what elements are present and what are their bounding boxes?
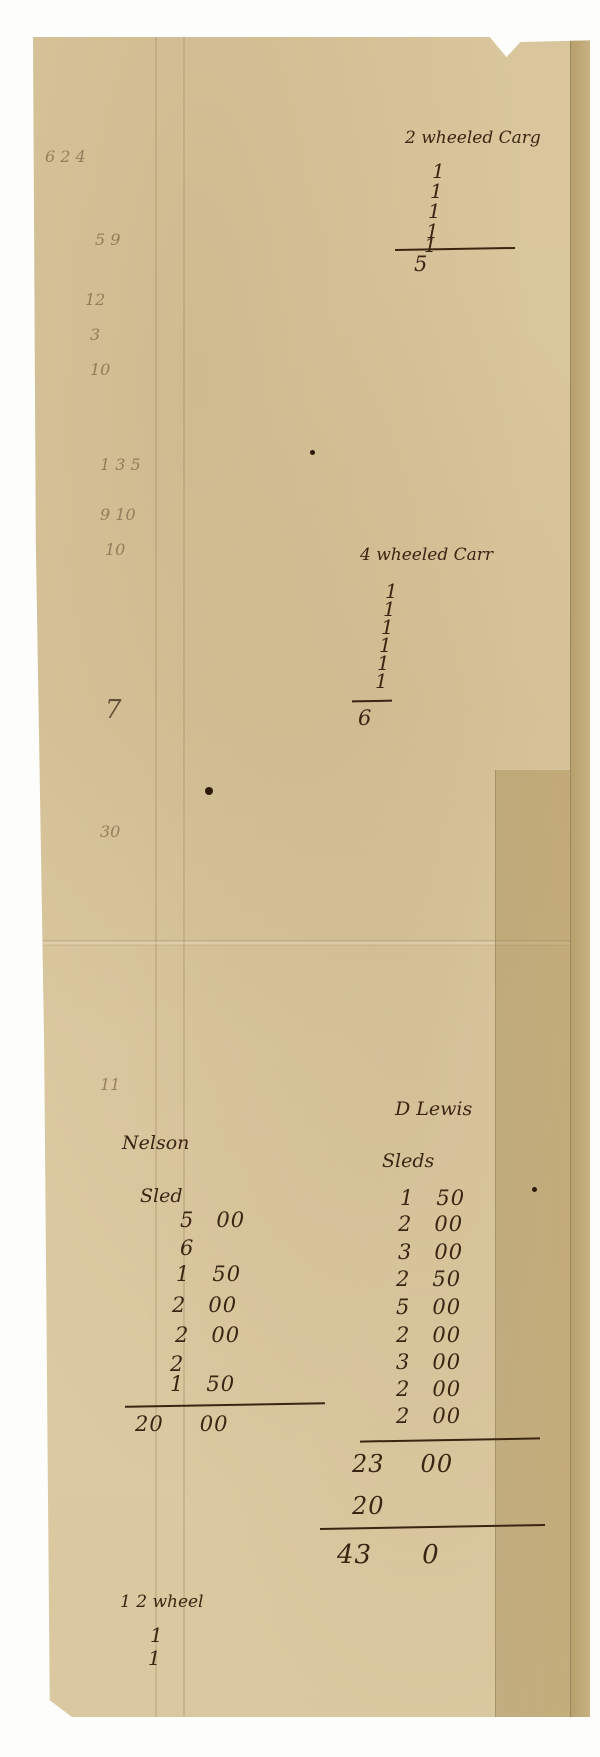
ink-blot <box>205 787 213 795</box>
lewis-entry: 200 <box>396 1377 461 1401</box>
vertical-crease <box>183 37 185 1717</box>
bleed-through-text: 9 10 <box>100 505 136 524</box>
nelson-entry: 500 <box>180 1208 245 1232</box>
lewis-entry: 200 <box>396 1323 461 1347</box>
bleed-through-text: 12 <box>85 290 105 309</box>
bleed-through-text: 30 <box>100 822 120 841</box>
lewis-entry: 300 <box>396 1350 461 1374</box>
ink-blot <box>310 450 315 455</box>
lewis-category: Sleds <box>382 1150 434 1172</box>
tally-mark: 1 <box>148 1645 161 1671</box>
ledger-page <box>33 37 590 1717</box>
lewis-carried: 20 <box>352 1492 407 1520</box>
bleed-through-text: 6 2 4 <box>45 147 86 166</box>
bleed-through-text: 1 3 5 <box>100 455 141 474</box>
nelson-total: 2000 <box>135 1412 228 1436</box>
bleed-through-text: 10 <box>90 360 110 379</box>
repair-tape <box>495 770 571 1717</box>
nelson-entry: 200 <box>175 1323 240 1347</box>
nelson-entry: 6 <box>180 1236 216 1260</box>
nelson-entry: 200 <box>172 1293 237 1317</box>
nelson-entry: 150 <box>176 1262 241 1286</box>
tally-mark: 1 <box>375 668 388 694</box>
four-wheeled-heading: 4 wheeled Carr <box>360 545 493 565</box>
nelson-category: Sled <box>140 1185 183 1207</box>
nelson-name: Nelson <box>122 1132 189 1154</box>
adjoining-page-edge <box>570 37 591 1717</box>
ink-blot <box>532 1187 537 1192</box>
bleed-through-text: 10 <box>105 540 125 559</box>
lewis-subtotal: 2300 <box>352 1450 453 1478</box>
lewis-entry: 300 <box>398 1240 463 1264</box>
lewis-entry: 250 <box>396 1267 461 1291</box>
two-wheeled-total: 5 <box>414 252 428 276</box>
lewis-entry: 200 <box>398 1212 463 1236</box>
footer-tally-heading: 1 2 wheel <box>120 1592 204 1612</box>
lewis-entry: 500 <box>396 1295 461 1319</box>
lewis-entry: 150 <box>400 1186 465 1210</box>
bleed-through-text: 11 <box>100 1075 120 1094</box>
lewis-name: D Lewis <box>395 1098 472 1120</box>
four-wheeled-total: 6 <box>358 706 372 730</box>
lewis-total: 430 <box>337 1540 440 1570</box>
bleed-through-text: 7 <box>105 695 122 725</box>
two-wheeled-heading: 2 wheeled Carg <box>405 128 541 148</box>
vertical-crease <box>155 37 157 1717</box>
lewis-entry: 200 <box>396 1404 461 1428</box>
nelson-entry: 150 <box>170 1372 235 1396</box>
bleed-through-text: 3 <box>90 325 100 344</box>
bleed-through-text: 5 9 <box>95 230 120 249</box>
